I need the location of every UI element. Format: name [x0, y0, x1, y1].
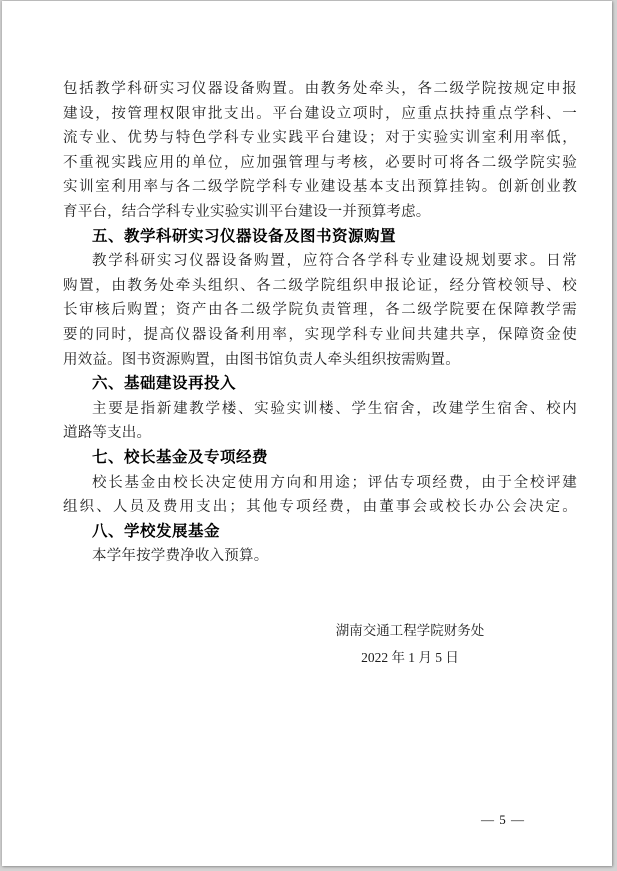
text-line: 校长基金由校长决定使用方向和用途；评估专项经费，由于全校评建	[63, 471, 577, 496]
text-line: 教学科研实习仪器设备购置，应符合各学科专业建设规划要求。日常	[63, 249, 577, 274]
scan-background: 包括教学科研实习仪器设备购置。由教务处牵头，各二级学院按规定申报 建设，按管理权…	[0, 0, 617, 871]
text-line: 包括教学科研实习仪器设备购置。由教务处牵头，各二级学院按规定申报	[63, 77, 577, 102]
text-line: 建设，按管理权限审批支出。平台建设立项时，应重点扶持重点学科、一	[63, 102, 577, 127]
section-heading-6: 六、基础建设再投入	[63, 372, 577, 397]
signature-block: 湖南交通工程学院财务处 2022 年 1 月 5 日	[319, 617, 501, 671]
text-line: 主要是指新建教学楼、实验实训楼、学生宿舍，改建学生宿舍、校内	[63, 397, 577, 422]
text-line: 流专业、优势与特色学科专业实践平台建设；对于实验实训室利用率低，	[63, 126, 577, 151]
text-line: 道路等支出。	[63, 421, 577, 446]
section-heading-8: 八、学校发展基金	[63, 520, 577, 545]
text-line: 实训室利用率与各二级学院学科专业建设基本支出预算挂钩。创新创业教	[63, 175, 577, 200]
signature-date: 2022 年 1 月 5 日	[319, 644, 501, 671]
document-content: 包括教学科研实习仪器设备购置。由教务处牵头，各二级学院按规定申报 建设，按管理权…	[63, 77, 577, 569]
text-line: 长审核后购置；资产由各二级学院负责管理，各二级学院要在保障教学需	[63, 298, 577, 323]
text-line: 用效益。图书资源购置，由图书馆负责人牵头组织按需购置。	[63, 348, 577, 373]
document-page: 包括教学科研实习仪器设备购置。由教务处牵头，各二级学院按规定申报 建设，按管理权…	[2, 1, 612, 866]
section-heading-5: 五、教学科研实习仪器设备及图书资源购置	[63, 225, 577, 250]
text-line: 组织、人员及费用支出；其他专项经费，由董事会或校长办公会决定。	[63, 495, 577, 520]
text-line: 不重视实践应用的单位，应加强管理与考核，必要时可将各二级学院实验	[63, 151, 577, 176]
signature-org: 湖南交通工程学院财务处	[319, 617, 501, 644]
section-heading-7: 七、校长基金及专项经费	[63, 446, 577, 471]
page-number: — 5 —	[481, 812, 525, 828]
text-line: 购置，由教务处牵头组织、各二级学院组织申报论证，经分管校领导、校	[63, 274, 577, 299]
text-line: 本学年按学费净收入预算。	[63, 544, 577, 569]
text-line: 育平台，结合学科专业实验实训平台建设一并预算考虑。	[63, 200, 577, 225]
text-line: 要的同时，提高仪器设备利用率，实现学科专业间共建共享，保障资金使	[63, 323, 577, 348]
